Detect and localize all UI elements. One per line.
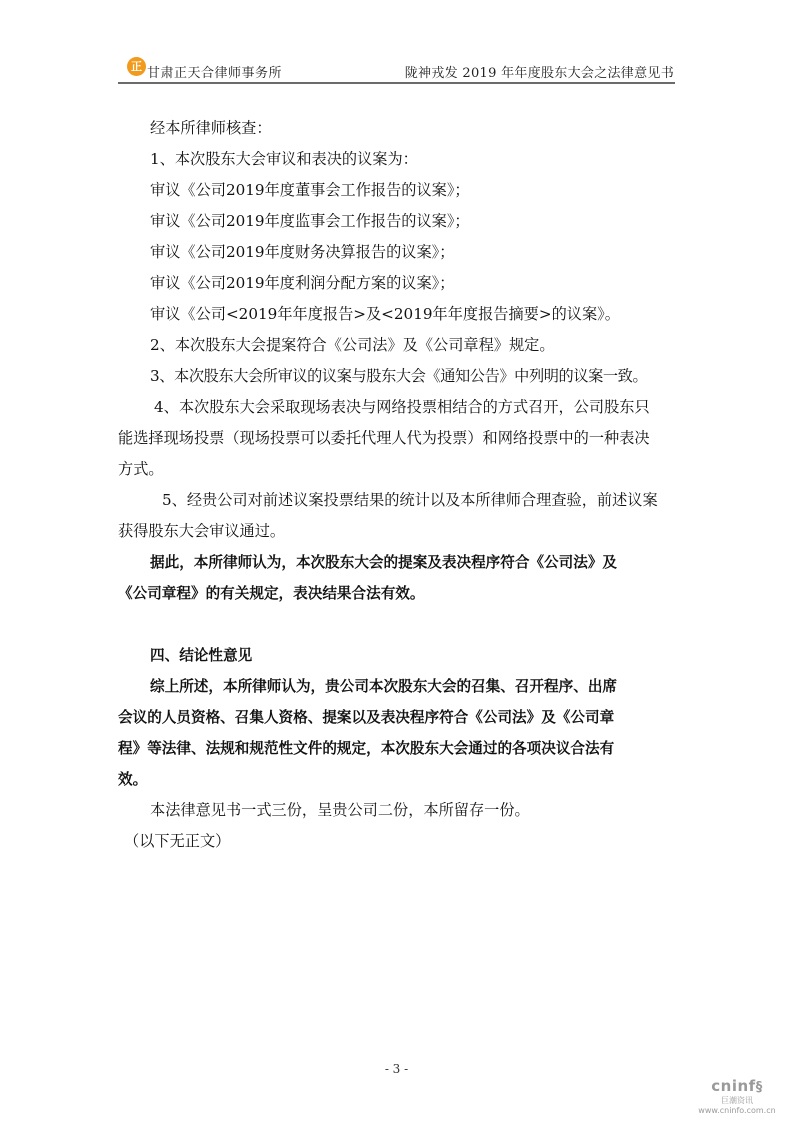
- paragraph-item-3: 3、本次股东大会所审议的议案与股东大会《通知公告》中列明的议案一致。: [118, 361, 678, 392]
- proposal-item: 审议《公司2019年度财务决算报告的议案》；: [118, 237, 678, 268]
- final-opinion-line1: 综上所述，本所律师认为，贵公司本次股东大会的召集、召开程序、出席: [118, 671, 678, 702]
- watermark-brand-text: cninf: [711, 1077, 755, 1095]
- paragraph-item-5-line2: 获得股东大会审议通过。: [118, 516, 678, 547]
- watermark-brand: cninf§: [691, 1078, 783, 1096]
- document-body: 经本所律师核查： 1、本次股东大会审议和表决的议案为： 审议《公司2019年度董…: [118, 113, 678, 857]
- section-heading: 四、结论性意见: [118, 640, 678, 671]
- conclusion-paragraph-line1: 据此，本所律师认为，本次股东大会的提案及表决程序符合《公司法》及: [118, 547, 678, 578]
- final-opinion-line2: 会议的人员资格、召集人资格、提案以及表决程序符合《公司法》及《公司章: [118, 702, 678, 733]
- cninfo-watermark: cninf§ 巨潮资讯 www.cninfo.com.cn: [691, 1078, 783, 1116]
- law-firm-logo-icon: 正: [127, 57, 146, 76]
- end-of-text-note: （以下无正文）: [118, 826, 678, 857]
- header-divider: [118, 82, 675, 84]
- proposal-item: 审议《公司2019年度监事会工作报告的议案》；: [118, 206, 678, 237]
- paragraph-item-4-line1: 4、本次股东大会采取现场表决与网络投票相结合的方式召开，公司股东只: [118, 392, 678, 423]
- proposal-item: 审议《公司2019年度利润分配方案的议案》；: [118, 268, 678, 299]
- paragraph-item-2: 2、本次股东大会提案符合《公司法》及《公司章程》规定。: [118, 330, 678, 361]
- watermark-brand-cn: 巨潮资讯: [691, 1096, 783, 1106]
- proposal-item: 审议《公司2019年度董事会工作报告的议案》；: [118, 175, 678, 206]
- page-number: - 3 -: [0, 1062, 793, 1076]
- document-title: 陇神戎发 2019 年年度股东大会之法律意见书: [405, 62, 674, 81]
- copies-statement: 本法律意见书一式三份，呈贵公司二份，本所留存一份。: [118, 795, 678, 826]
- final-opinion-line4: 效。: [118, 764, 678, 795]
- paragraph-item-1: 1、本次股东大会审议和表决的议案为：: [118, 144, 678, 175]
- firm-name: 甘肃正天合律师事务所: [147, 62, 282, 81]
- proposal-item: 审议《公司<2019年年度报告>及<2019年年度报告摘要>的议案》。: [118, 299, 678, 330]
- spacer: [118, 609, 678, 640]
- final-opinion-line3: 程》等法律、法规和规范性文件的规定，本次股东大会通过的各项决议合法有: [118, 733, 678, 764]
- cninfo-logo-icon: §: [756, 1080, 763, 1096]
- paragraph-item-4-line2: 能选择现场投票（现场投票可以委托代理人代为投票）和网络投票中的一种表决: [118, 423, 678, 454]
- logo-glyph: 正: [131, 61, 142, 72]
- paragraph-item-4-line3: 方式。: [118, 454, 678, 485]
- paragraph-verification-intro: 经本所律师核查：: [118, 113, 678, 144]
- paragraph-item-5-line1: 5、经贵公司对前述议案投票结果的统计以及本所律师合理查验，前述议案: [118, 485, 678, 516]
- watermark-url: www.cninfo.com.cn: [691, 1106, 783, 1116]
- conclusion-paragraph-line2: 《公司章程》的有关规定，表决结果合法有效。: [118, 578, 678, 609]
- page-header: 正 甘肃正天合律师事务所 陇神戎发 2019 年年度股东大会之法律意见书: [118, 54, 676, 84]
